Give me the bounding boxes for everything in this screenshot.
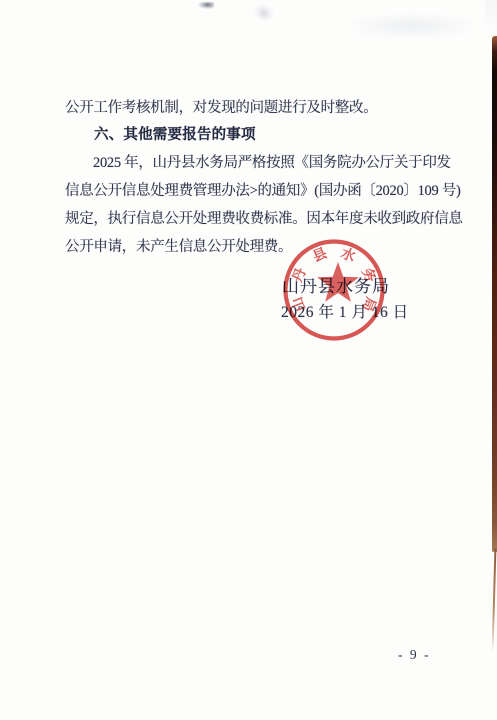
seal-character: 山	[289, 295, 309, 314]
official-seal: 山 丹 县 水 务 局	[281, 237, 387, 343]
paragraph-line: 规定，执行信息公开处理费收费标准。因本年度未收到政府信息	[65, 207, 463, 228]
paragraph-line: 公开申请，未产生信息公开处理费。	[65, 235, 292, 256]
scan-smudge	[251, 1, 276, 25]
seal-character: 县	[311, 245, 330, 265]
document-page: 公开工作考核机制，对发现的问题进行及时整改。 六、其他需要报告的事项 2025 …	[0, 0, 497, 720]
paragraph-line: 信息公开信息处理费管理办法>的通知》(国办函〔2020〕109 号)	[65, 179, 461, 200]
scan-smudge	[352, 14, 472, 38]
scan-corner-shade	[485, 0, 497, 34]
page-number: - 9 -	[398, 647, 431, 663]
seal-star-icon	[317, 262, 359, 302]
section-heading: 六、其他需要报告的事项	[94, 123, 256, 144]
paragraph-line: 公开工作考核机制，对发现的问题进行及时整改。	[65, 96, 377, 117]
paragraph-line: 2025 年，山丹县水务局严格按照《国务院办公厅关于印发	[93, 151, 451, 172]
scan-smudge	[198, 2, 214, 9]
scan-artifact-right-edge-tail	[492, 548, 497, 652]
seal-character: 局	[358, 295, 378, 314]
scan-artifact-right-edge	[492, 36, 497, 552]
